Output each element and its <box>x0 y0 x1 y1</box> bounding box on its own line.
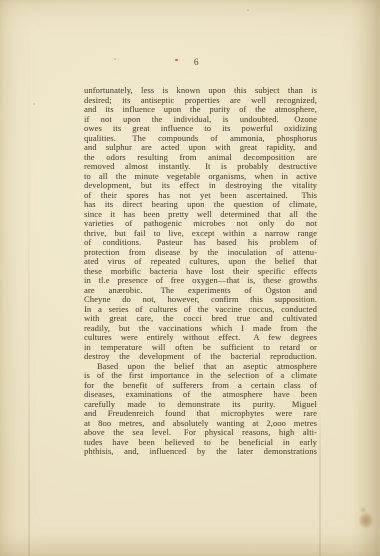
text-line: diseases, examinations of the atmosphere… <box>84 390 317 400</box>
text-line: tudes have been believed to be beneficia… <box>84 438 317 448</box>
text-line: phthisis, and, influenced by the later d… <box>84 447 317 457</box>
text-line: and sulphur are acted upon with great ra… <box>84 143 317 153</box>
text-line: destroy the development of the bacterial… <box>84 352 317 362</box>
text-line: Cheyne do not, however, confirm this sup… <box>84 295 317 305</box>
text-line: of their spores has not yet been ascerta… <box>84 191 317 201</box>
text-line: ated virus of repeated cultures, upon th… <box>84 257 317 267</box>
text-line: in temperature will often be sufficient … <box>84 343 317 353</box>
page-crease-right <box>319 408 321 556</box>
text-line: if not upon the individual, is undoubted… <box>84 115 317 125</box>
paper-stain <box>356 505 374 533</box>
text-line: these morbific bacteria have lost their … <box>84 267 317 277</box>
text-line: with great care, the cocci bred true and… <box>84 314 317 324</box>
text-line: the odors resulting from animal decompos… <box>84 153 317 163</box>
paper-speck <box>114 58 116 60</box>
paper-speck <box>247 9 249 11</box>
text-line: above the sea level. For physical reason… <box>84 428 317 438</box>
book-page: 6 unfortunately, less is known upon this… <box>0 0 380 556</box>
text-line: in tl.e presence of free oxygen—that is,… <box>84 276 317 286</box>
page-crease-left <box>28 0 30 556</box>
text-line: is of the first importance in the select… <box>84 371 317 381</box>
page-text: unfortunately, less is known upon this s… <box>84 86 317 457</box>
text-line: has its direct bearing upon the question… <box>84 200 317 210</box>
text-line: cultures were entirely without effect. A… <box>84 333 317 343</box>
text-line: since it has been pretty well determined… <box>84 210 317 220</box>
text-line: owes its great influence to its powerful… <box>84 124 317 134</box>
text-line: are anærobic. The experiments of Ogston … <box>84 286 317 296</box>
text-line: In a series of cultures of the vaccine c… <box>84 305 317 315</box>
text-line: qualities. The compounds of ammonia, pho… <box>84 134 317 144</box>
text-line: readily, but the vaccinations which I ma… <box>84 324 317 334</box>
paper-speck <box>33 103 35 105</box>
text-line: to all the minute vegetable organisms, w… <box>84 172 317 182</box>
text-line: varieties of pathogenic microbes not onl… <box>84 219 317 229</box>
text-line: and its influence upon the purity of the… <box>84 105 317 115</box>
text-line: unfortunately, less is known upon this s… <box>84 86 317 96</box>
text-line: at 8oo metres, and absolutely wanting at… <box>84 419 317 429</box>
page-edge-shadow <box>352 0 380 556</box>
text-line: removed almost instantly. It is probably… <box>84 162 317 172</box>
text-line: of conditions. Pasteur has based his pro… <box>84 238 317 248</box>
text-line: desired; its antiseptic properties are w… <box>84 96 317 106</box>
text-line: for the benefit of sufferers from a cert… <box>84 381 317 391</box>
text-line: Based upon the belief that an aseptic at… <box>84 362 317 372</box>
text-line: and Freudenreich found that microphytes … <box>84 409 317 419</box>
text-line: thrive, but fail to live, except within … <box>84 229 317 239</box>
text-line: protection from disease by the inoculati… <box>84 248 317 258</box>
text-line: carefully made to demonstrate its purity… <box>84 400 317 410</box>
ink-speck-red <box>175 59 178 61</box>
text-line: development, but its effect in destroyin… <box>84 181 317 191</box>
